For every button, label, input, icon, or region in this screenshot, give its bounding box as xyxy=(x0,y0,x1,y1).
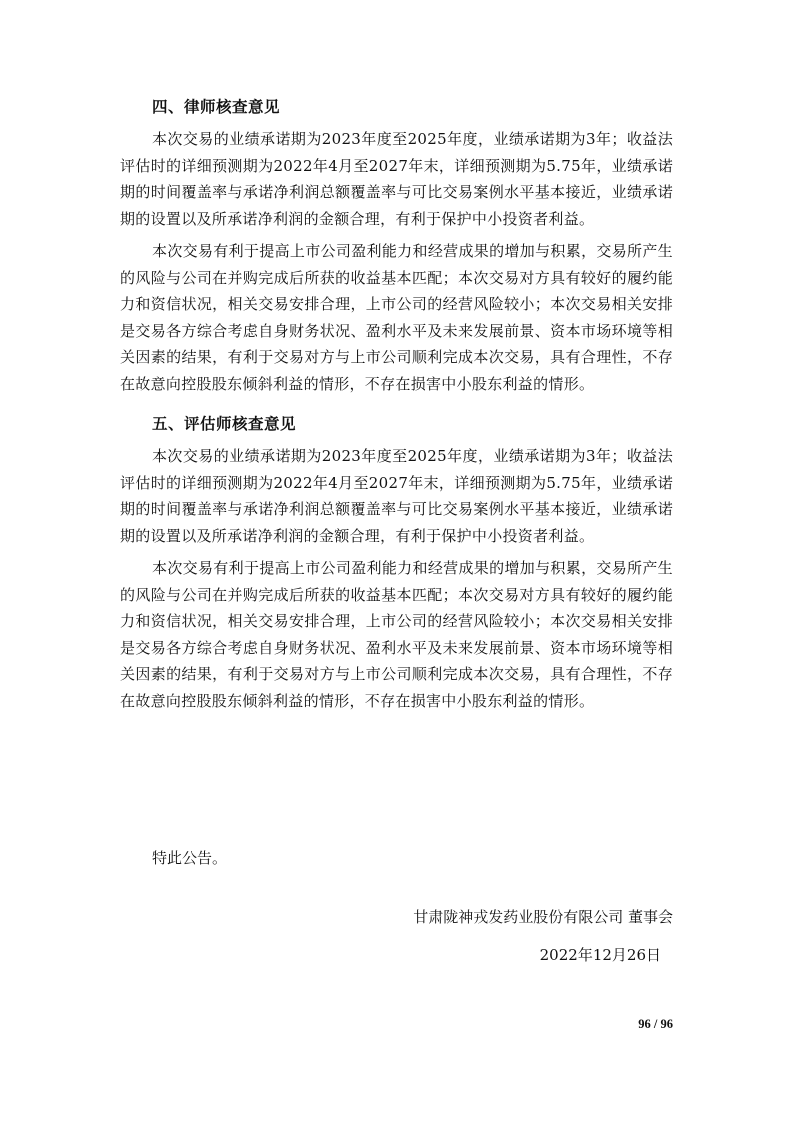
document-body: 四、律师核查意见 本次交易的业绩承诺期为2023年度至2025年度，业绩承诺期为… xyxy=(120,94,673,728)
signature-block: 甘肃陇神戎发药业股份有限公司 董事会 2022年12月26日 xyxy=(413,904,673,968)
document-page: 四、律师核查意见 本次交易的业绩承诺期为2023年度至2025年度，业绩承诺期为… xyxy=(0,0,793,1122)
paragraph: 本次交易有利于提高上市公司盈利能力和经营成果的增加与积累，交易所产生的风险与公司… xyxy=(120,555,673,714)
signature-company: 甘肃陇神戎发药业股份有限公司 董事会 xyxy=(413,904,673,930)
paragraph: 本次交易的业绩承诺期为2023年度至2025年度，业绩承诺期为3年；收益法评估时… xyxy=(120,443,673,549)
signature-date: 2022年12月26日 xyxy=(413,942,673,968)
page-number: 96 / 96 xyxy=(638,1017,673,1032)
section-heading: 五、评估师核查意见 xyxy=(120,411,673,437)
section-lawyer-opinion: 四、律师核查意见 本次交易的业绩承诺期为2023年度至2025年度，业绩承诺期为… xyxy=(120,94,673,397)
paragraph: 本次交易有利于提高上市公司盈利能力和经营成果的增加与积累，交易所产生的风险与公司… xyxy=(120,238,673,397)
section-appraiser-opinion: 五、评估师核查意见 本次交易的业绩承诺期为2023年度至2025年度，业绩承诺期… xyxy=(120,411,673,714)
section-heading: 四、律师核查意见 xyxy=(120,94,673,120)
paragraph: 本次交易的业绩承诺期为2023年度至2025年度，业绩承诺期为3年；收益法评估时… xyxy=(120,126,673,232)
closing-statement: 特此公告。 xyxy=(152,845,227,871)
